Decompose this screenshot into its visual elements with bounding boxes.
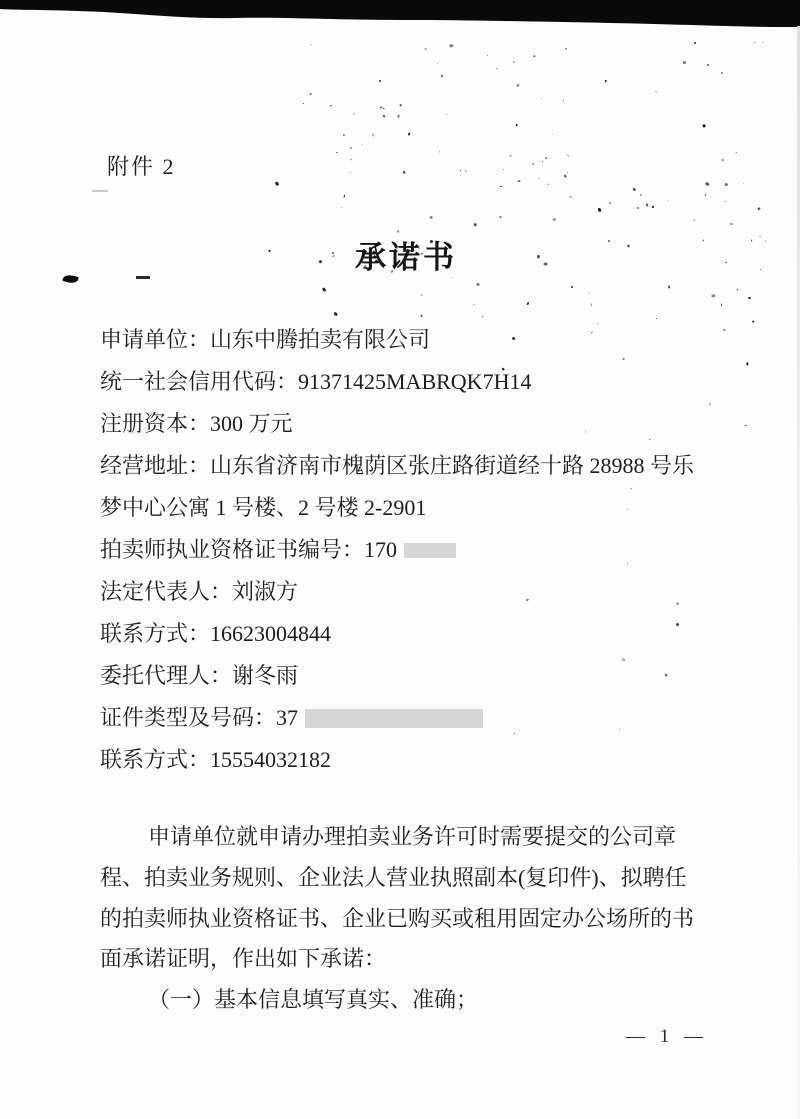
toner-speck	[408, 132, 410, 135]
field-line-contact-2: 联系方式：15554032182	[100, 739, 740, 781]
toner-speck	[762, 42, 764, 44]
toner-speck	[477, 282, 480, 286]
toner-speck	[397, 114, 400, 117]
toner-speck	[486, 55, 487, 56]
toner-speck	[517, 180, 520, 182]
toner-speck	[495, 67, 497, 69]
toner-speck	[637, 207, 640, 210]
toner-speck	[352, 112, 354, 114]
paragraph-line: （一）基本信息填写真实、准确；	[100, 980, 740, 1021]
toner-speck	[517, 83, 521, 87]
toner-speck	[597, 207, 601, 212]
toner-speck	[436, 63, 438, 65]
toner-speck	[322, 288, 326, 292]
toner-speck	[343, 134, 345, 136]
toner-speck	[567, 155, 569, 157]
toner-speck	[668, 200, 669, 201]
toner-speck	[632, 187, 636, 191]
toner-speck	[333, 312, 338, 317]
toner-speck	[438, 151, 440, 154]
page-number: — 1 —	[626, 1026, 708, 1048]
toner-speck	[567, 172, 568, 173]
toner-speck	[362, 144, 363, 145]
toner-speck	[748, 296, 752, 299]
toner-speck	[383, 115, 386, 118]
toner-speck	[604, 80, 606, 82]
toner-speck	[473, 223, 477, 226]
paragraph-line: 程、拍卖业务规则、企业法人营业执照副本(复印件)、拟聘任	[100, 858, 740, 899]
field-text: 拍卖师执业资格证书编号：170	[100, 537, 397, 562]
toner-speck	[350, 172, 352, 173]
toner-speck	[570, 196, 573, 199]
field-line-contact-1: 联系方式：16623004844	[100, 613, 740, 655]
toner-speck	[541, 98, 542, 99]
toner-speck	[646, 203, 648, 206]
commitment-paragraph: 申请单位就申请办理拍卖业务许可时需要提交的公司章 程、拍卖业务规则、企业法人营业…	[100, 817, 740, 1021]
field-line-applicant: 申请单位：山东中腾拍卖有限公司	[100, 319, 740, 361]
toner-speck	[310, 44, 311, 45]
toner-speck	[736, 151, 737, 152]
redaction-box	[404, 543, 456, 558]
toner-speck	[341, 206, 343, 208]
toner-speck	[542, 161, 543, 162]
toner-speck	[275, 181, 279, 185]
toner-speck	[500, 186, 502, 188]
toner-speck	[532, 162, 535, 165]
toner-speck	[420, 315, 422, 317]
field-text: 注册资本：300 万元	[100, 411, 293, 436]
toner-speck	[704, 194, 706, 196]
toner-speck	[707, 64, 709, 66]
toner-speck	[563, 174, 566, 177]
field-line-auctioneer-cert-no: 拍卖师执业资格证书编号：170	[100, 529, 740, 571]
field-text: 申请单位：山东中腾拍卖有限公司	[100, 327, 430, 352]
toner-speck	[420, 293, 422, 295]
toner-speck	[329, 105, 331, 107]
toner-speck	[335, 151, 337, 153]
toner-speck	[730, 223, 733, 225]
toner-speck	[745, 424, 747, 425]
toner-speck	[640, 194, 642, 196]
field-text: 经营地址：山东省济南市槐荫区张庄路街道经十路 28988 号乐	[100, 453, 694, 478]
toner-speck	[545, 157, 548, 159]
scan-artifact-faint-dash	[92, 190, 108, 192]
field-line-legal-representative: 法定代表人：刘淑方	[100, 571, 740, 613]
field-text: 梦中心公寓 1 号楼、2 号楼 2-2901	[100, 495, 426, 520]
toner-speck	[589, 293, 590, 294]
field-line-business-address-1: 经营地址：山东省济南市槐荫区张庄路街道经十路 28988 号乐	[100, 445, 740, 487]
paragraph-line: 面承诺证明，作出如下承诺：	[100, 939, 740, 980]
toner-speck	[372, 134, 375, 137]
field-text: 证件类型及号码：37	[100, 705, 298, 730]
toner-speck	[693, 41, 696, 44]
toner-speck	[498, 215, 501, 218]
toner-speck	[303, 103, 304, 104]
toner-speck	[553, 218, 557, 222]
field-line-id-type-number: 证件类型及号码：37	[100, 697, 740, 739]
toner-speck	[743, 182, 745, 184]
field-line-credit-code: 统一社会信用代码：91371425MABRQK7H14	[100, 361, 740, 403]
toner-speck	[721, 71, 723, 73]
toner-speck	[747, 362, 749, 365]
attachment-label: 附件 2	[107, 150, 176, 181]
field-text: 统一社会信用代码：91371425MABRQK7H14	[100, 369, 531, 394]
toner-speck	[450, 44, 454, 48]
toner-speck	[737, 289, 739, 291]
page-title: 承诺书	[0, 232, 800, 277]
toner-speck	[464, 170, 466, 172]
toner-speck	[590, 303, 592, 306]
field-text: 法定代表人：刘淑方	[100, 579, 298, 604]
toner-speck	[655, 91, 657, 93]
toner-speck	[532, 54, 535, 57]
toner-speck	[552, 133, 554, 135]
paragraph-line: 申请单位就申请办理拍卖业务许可时需要提交的公司章	[100, 817, 740, 858]
toner-speck	[503, 169, 505, 170]
field-text: 联系方式：15554032182	[100, 747, 331, 772]
toner-speck	[516, 124, 519, 127]
toner-speck	[563, 99, 565, 101]
toner-speck	[758, 207, 761, 210]
scanned-document-page: 附件 2 承诺书 申请单位：山东中腾拍卖有限公司 统一社会信用代码：913714…	[0, 0, 800, 1119]
toner-speck	[425, 48, 427, 50]
toner-speck	[725, 200, 726, 201]
scan-artifact-top-band	[0, 0, 800, 30]
toner-speck	[350, 158, 352, 161]
toner-speck	[446, 114, 447, 115]
toner-speck	[668, 285, 671, 288]
toner-speck	[653, 206, 654, 207]
paragraph-line: 的拍卖师执业资格证书、企业已购买或租用固定办公场所的书	[100, 899, 740, 940]
toner-speck	[721, 303, 722, 306]
toner-speck	[752, 321, 754, 323]
toner-speck	[399, 103, 401, 105]
toner-speck	[694, 220, 695, 222]
toner-speck	[703, 123, 707, 127]
toner-speck	[565, 47, 567, 49]
toner-speck	[382, 108, 384, 110]
toner-speck	[538, 178, 540, 180]
toner-speck	[712, 294, 716, 297]
redaction-box	[305, 709, 483, 728]
toner-speck	[725, 183, 729, 187]
toner-speck	[402, 171, 405, 175]
field-text: 联系方式：16623004844	[100, 621, 331, 646]
toner-speck	[472, 303, 474, 305]
toner-speck	[683, 61, 686, 64]
toner-speck	[705, 182, 710, 186]
field-line-business-address-2: 梦中心公寓 1 号楼、2 号楼 2-2901	[100, 487, 740, 529]
toner-speck	[526, 301, 529, 304]
fields-block: 申请单位：山东中腾拍卖有限公司 统一社会信用代码：91371425MABRQK7…	[100, 319, 740, 781]
toner-speck	[460, 170, 461, 171]
toner-speck	[549, 183, 550, 184]
toner-speck	[350, 147, 353, 150]
toner-speck	[378, 79, 380, 81]
toner-speck	[482, 315, 484, 317]
toner-speck	[509, 155, 511, 157]
field-line-registered-capital: 注册资本：300 万元	[100, 403, 740, 445]
field-line-entrusted-agent: 委托代理人：谢冬雨	[100, 655, 740, 697]
toner-speck	[753, 41, 755, 43]
field-text: 委托代理人：谢冬雨	[100, 663, 298, 688]
toner-speck	[513, 61, 515, 63]
toner-speck	[571, 286, 573, 288]
toner-speck	[441, 74, 444, 76]
toner-speck	[721, 158, 723, 160]
toner-speck	[609, 201, 611, 203]
toner-speck	[430, 216, 433, 219]
toner-speck	[310, 93, 312, 95]
